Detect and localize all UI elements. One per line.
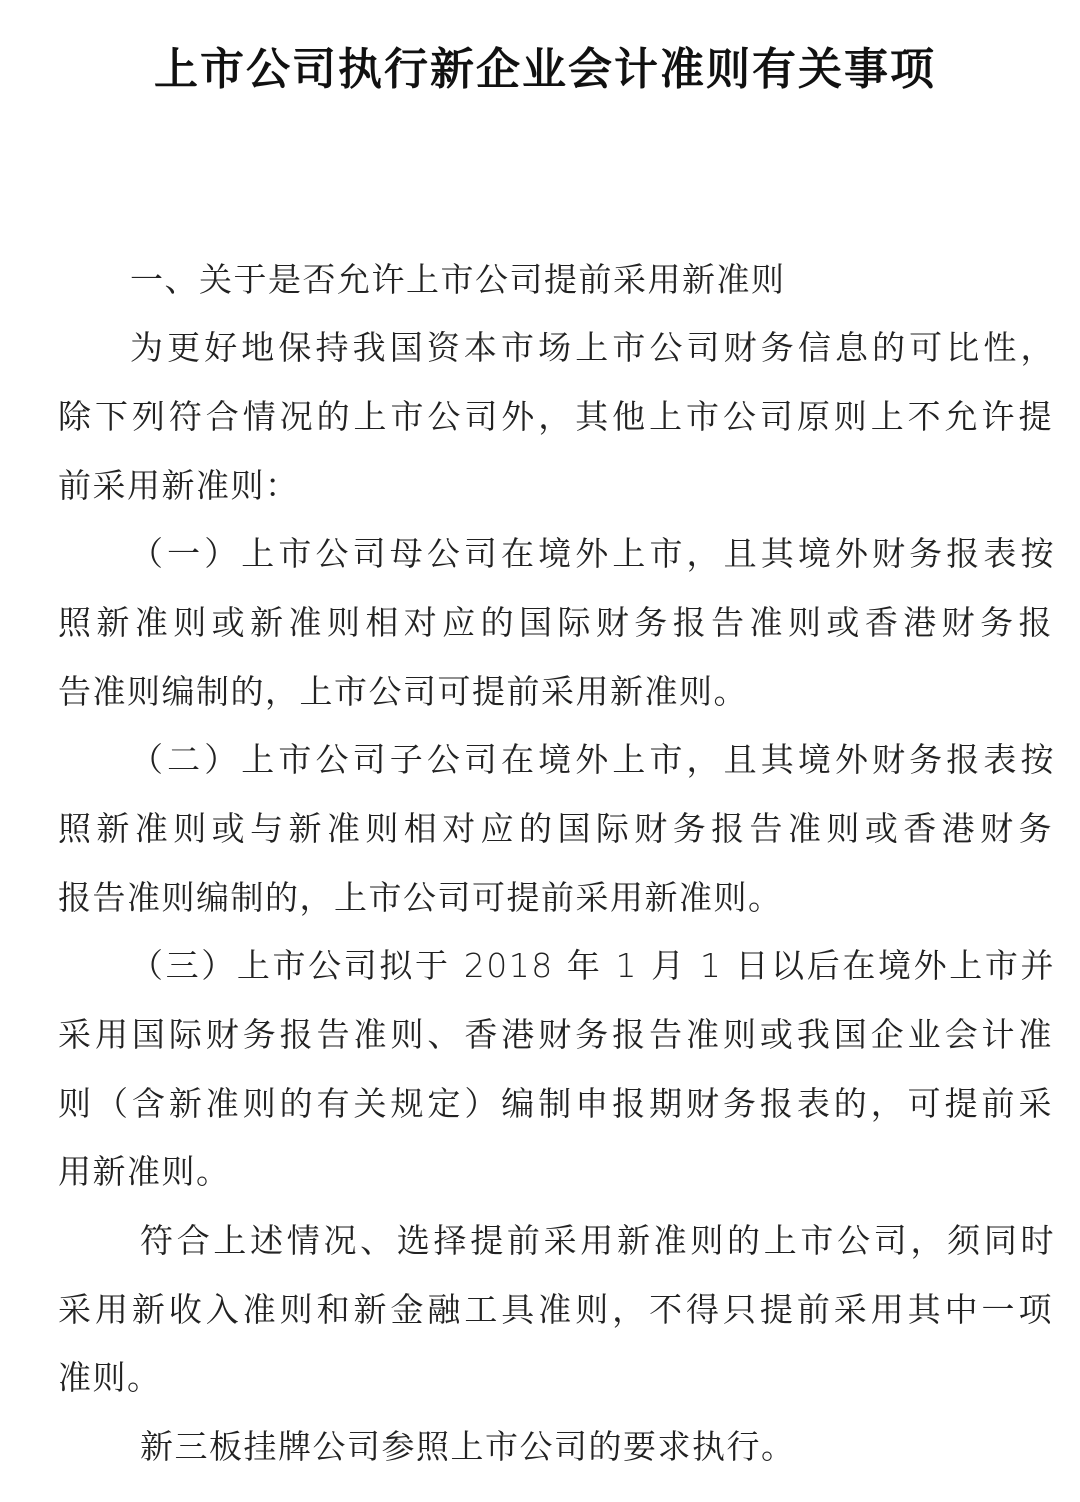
- paragraph-line: 符合上述情况、选择提前采用新准则的上市公司，须同时: [140, 1219, 1055, 1263]
- paragraph-line: 除下列符合情况的上市公司外，其他上市公司原则上不允许提: [58, 395, 1053, 439]
- paragraph-line: 照新准则或与新准则相对应的国际财务报告准则或香港财务: [58, 807, 1053, 851]
- neeq-paragraph: 新三板挂牌公司参照上市公司的要求执行。: [140, 1425, 1055, 1469]
- paragraph-line: 照新准则或新准则相对应的国际财务报告准则或香港财务报: [58, 601, 1053, 645]
- paragraph-line: 前采用新准则：: [58, 464, 1053, 508]
- paragraph-line: （三）上市公司拟于 2018 年 1 月 1 日以后在境外上市并: [130, 944, 1055, 988]
- document-title: 上市公司执行新企业会计准则有关事项: [0, 38, 1080, 102]
- paragraph-line: 为更好地保持我国资本市场上市公司财务信息的可比性，: [130, 326, 1055, 370]
- section-heading: 一、关于是否允许上市公司提前采用新准则: [130, 258, 1055, 302]
- paragraph-line: 准则。: [58, 1356, 1053, 1400]
- paragraph-line: 报告准则编制的，上市公司可提前采用新准则。: [58, 876, 1053, 920]
- paragraph-line: （二）上市公司子公司在境外上市，且其境外财务报表按: [130, 738, 1055, 782]
- paragraph-line: 告准则编制的，上市公司可提前采用新准则。: [58, 670, 1053, 714]
- paragraph-line: （一）上市公司母公司在境外上市，且其境外财务报表按: [130, 532, 1055, 576]
- paragraph-line: 采用新收入准则和新金融工具准则，不得只提前采用其中一项: [58, 1288, 1053, 1332]
- paragraph-line: 采用国际财务报告准则、香港财务报告准则或我国企业会计准: [58, 1013, 1053, 1057]
- paragraph-line: 用新准则。: [58, 1150, 1053, 1194]
- paragraph-line: 则（含新准则的有关规定）编制申报期财务报表的，可提前采: [58, 1082, 1053, 1126]
